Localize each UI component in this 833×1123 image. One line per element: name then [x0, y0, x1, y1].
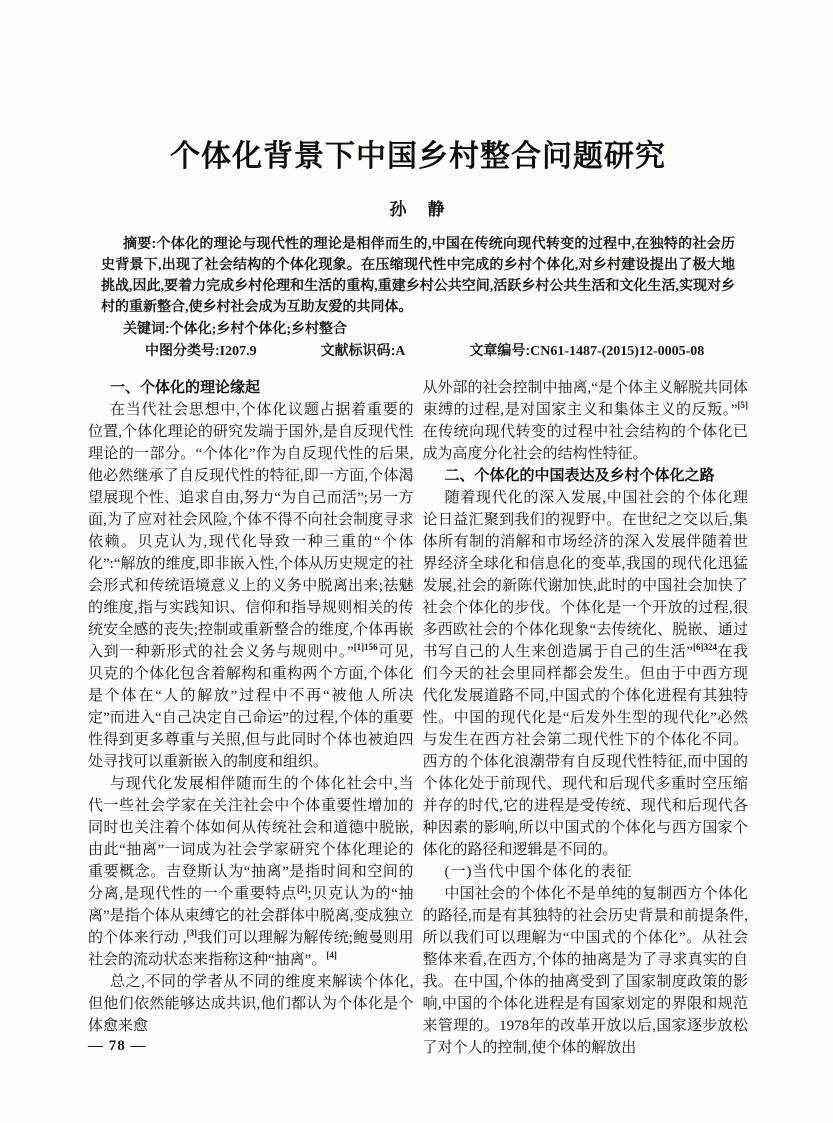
section-heading: 一、个体化的理论缘起 — [88, 377, 414, 399]
citation-ref: [6]324 — [693, 642, 717, 652]
text-run: 中国社会的个体化不是单纯的复制西方个体化的路径,而是有其独特的社会历史背景和前提… — [423, 886, 749, 1056]
keywords: 关键词:个体化;乡村个体化;乡村整合 — [101, 318, 735, 340]
body-columns: 一、个体化的理论缘起在当代社会思想中,个体化议题占据着重要的位置,个体化理论的研… — [88, 377, 748, 1059]
text-run: 从外部的社会控制中抽离,“是个体主义解脱共同体束缚的过程,是对国家主义和集体主义… — [423, 380, 749, 418]
document-code: 文献标识码:A — [299, 340, 406, 362]
citation-ref: [1]156 — [354, 642, 378, 652]
paper-title: 个体化背景下中国乡村整合问题研究 — [88, 138, 748, 176]
citation-ref: [5] — [738, 400, 749, 410]
paragraph: 总之,不同的学者从不同的维度来解读个体化,但他们依然能够达成共识,他们都认为个体… — [88, 971, 414, 1037]
paragraph: 从外部的社会控制中抽离,“是个体主义解脱共同体束缚的过程,是对国家主义和集体主义… — [423, 377, 749, 465]
text-run: 总之,不同的学者从不同的维度来解读个体化,但他们依然能够达成共识,他们都认为个体… — [88, 974, 414, 1034]
abstract-label: 摘要: — [123, 235, 156, 251]
article-number-label: 文章编号: — [469, 342, 530, 358]
article-number: 文章编号:CN61-1487-(2015)12-0005-08 — [447, 340, 704, 362]
paragraph: 中国社会的个体化不是单纯的复制西方个体化的路径,而是有其独特的社会历史背景和前提… — [423, 883, 749, 1059]
text-run: 随着现代化的深入发展,中国社会的个体化理论日益汇聚到我们的视野中。在世纪之交以后… — [423, 490, 749, 660]
text-run: 二、个体化的中国表达及乡村个体化之路 — [445, 467, 715, 484]
section-subheading: (一)当代中国个体化的表征 — [423, 861, 749, 883]
paragraph: 在当代社会思想中,个体化议题占据着重要的位置,个体化理论的研究发端于国外,是自反… — [88, 399, 414, 773]
document-code-value: A — [395, 344, 405, 359]
clc-label: 中图分类号: — [145, 342, 220, 358]
text-run: 一、个体化的理论缘起 — [110, 379, 260, 396]
text-run: 可见,贝克的个体化包含着解构和重构两个方面,个体化是个体在“人的解放”过程中不再… — [88, 644, 414, 770]
citation-ref: [4] — [326, 950, 337, 960]
section-heading: 二、个体化的中国表达及乡村个体化之路 — [423, 465, 749, 487]
citation-ref: [2] — [297, 884, 308, 894]
keywords-label: 关键词: — [123, 320, 170, 336]
abstract-text: 个体化的理论与现代性的理论是相伴而生的,中国在传统向现代转变的过程中,在独特的社… — [101, 237, 735, 315]
abstract: 摘要:个体化的理论与现代性的理论是相伴而生的,中国在传统向现代转变的过程中,在独… — [101, 233, 735, 318]
text-run: (一)当代中国个体化的表征 — [445, 864, 633, 880]
document-code-label: 文献标识码: — [321, 342, 396, 358]
publication-info: 中图分类号:I207.9文献标识码:A文章编号:CN61-1487-(2015)… — [101, 340, 735, 362]
text-run: 在传统向现代转变的过程中社会结构的个体化已成为高度分化社会的结构性特征。 — [423, 424, 749, 462]
clc-value: I207.9 — [220, 344, 257, 359]
paragraph: 与现代化发展相伴随而生的个体化社会中,当代一些社会学家在关注社会中个体重要性增加… — [88, 773, 414, 971]
right-column: 从外部的社会控制中抽离,“是个体主义解脱共同体束缚的过程,是对国家主义和集体主义… — [423, 377, 749, 1059]
article-number-value: CN61-1487-(2015)12-0005-08 — [530, 344, 704, 359]
author-name: 孙 静 — [88, 195, 748, 220]
paragraph: 随着现代化的深入发展,中国社会的个体化理论日益汇聚到我们的视野中。在世纪之交以后… — [423, 487, 749, 861]
text-run: 在我们今天的社会里同样都会发生。但由于中西方现代化发展道路不同,中国式的个体化进… — [423, 644, 749, 858]
paper-page: 个体化背景下中国乡村整合问题研究 孙 静 摘要:个体化的理论与现代性的理论是相伴… — [0, 0, 833, 1123]
text-run: 与现代化发展相伴随而生的个体化社会中,当代一些社会学家在关注社会中个体重要性增加… — [88, 776, 414, 902]
page-number: — 78 — — [88, 1038, 147, 1055]
clc-number: 中图分类号:I207.9 — [123, 340, 257, 362]
citation-ref: [3] — [187, 928, 198, 938]
keywords-text: 个体化;乡村个体化;乡村整合 — [170, 322, 347, 337]
left-column: 一、个体化的理论缘起在当代社会思想中,个体化议题占据着重要的位置,个体化理论的研… — [88, 377, 414, 1059]
front-matter: 摘要:个体化的理论与现代性的理论是相伴而生的,中国在传统向现代转变的过程中,在独… — [88, 233, 748, 362]
text-run: 在当代社会思想中,个体化议题占据着重要的位置,个体化理论的研究发端于国外,是自反… — [88, 402, 414, 660]
